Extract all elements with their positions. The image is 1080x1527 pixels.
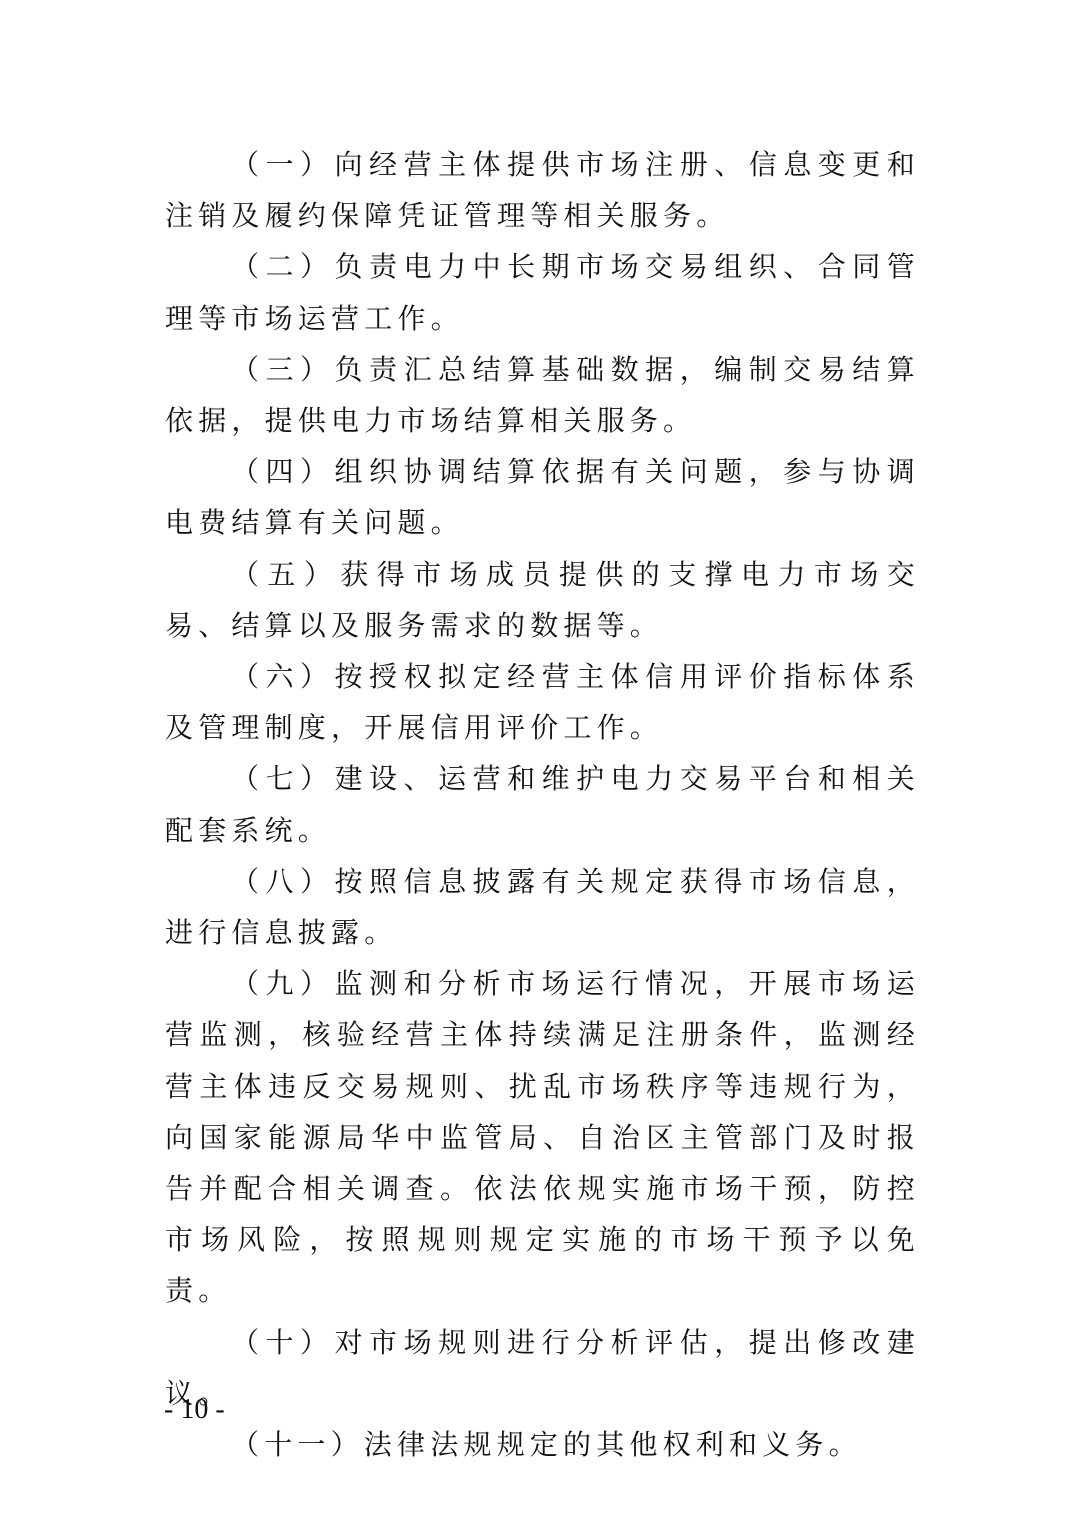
- paragraph-item-5: （五）获得市场成员提供的支撑电力市场交易、结算以及服务需求的数据等。: [165, 549, 920, 651]
- paragraph-item-11: （十一）法律法规规定的其他权利和义务。: [165, 1419, 920, 1470]
- document-body: （一）向经营主体提供市场注册、信息变更和注销及履约保障凭证管理等相关服务。 （二…: [165, 139, 920, 1470]
- paragraph-item-8: （八）按照信息披露有关规定获得市场信息，进行信息披露。: [165, 856, 920, 958]
- paragraph-item-7: （七）建设、运营和维护电力交易平台和相关配套系统。: [165, 753, 920, 855]
- paragraph-item-6: （六）按授权拟定经营主体信用评价指标体系及管理制度，开展信用评价工作。: [165, 651, 920, 753]
- paragraph-item-1: （一）向经营主体提供市场注册、信息变更和注销及履约保障凭证管理等相关服务。: [165, 139, 920, 241]
- paragraph-item-4: （四）组织协调结算依据有关问题，参与协调电费结算有关问题。: [165, 446, 920, 548]
- paragraph-item-2: （二）负责电力中长期市场交易组织、合同管理等市场运营工作。: [165, 241, 920, 343]
- page-number: - 10 -: [164, 1394, 225, 1426]
- paragraph-item-10: （十）对市场规则进行分析评估，提出修改建议。: [165, 1317, 920, 1419]
- paragraph-item-3: （三）负责汇总结算基础数据，编制交易结算依据，提供电力市场结算相关服务。: [165, 344, 920, 446]
- paragraph-item-9: （九）监测和分析市场运行情况，开展市场运营监测，核验经营主体持续满足注册条件，监…: [165, 958, 920, 1316]
- document-page: （一）向经营主体提供市场注册、信息变更和注销及履约保障凭证管理等相关服务。 （二…: [0, 0, 1080, 1527]
